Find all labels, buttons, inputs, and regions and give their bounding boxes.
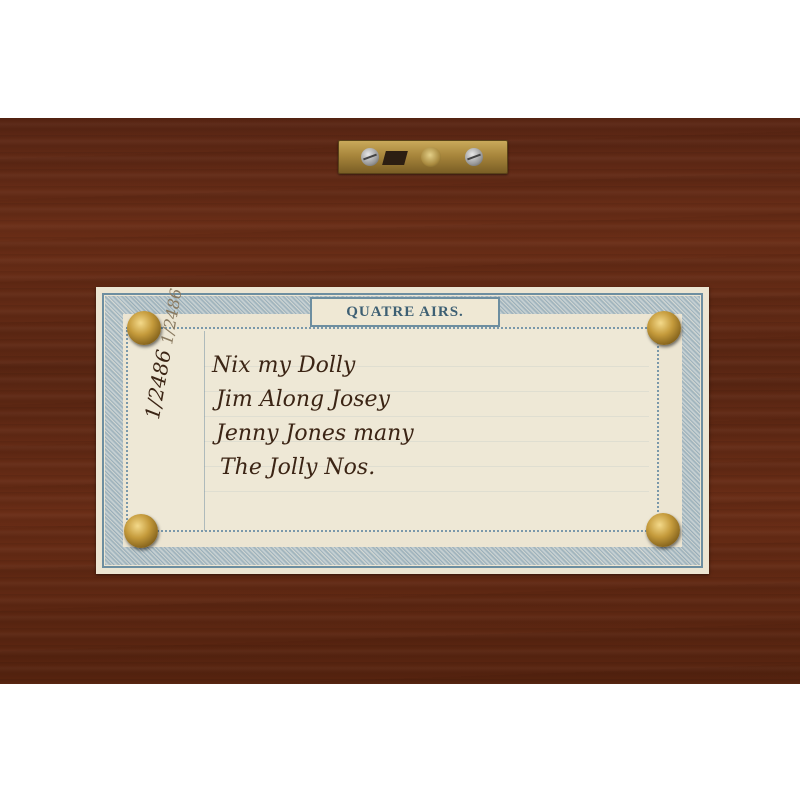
tune-card: QUATRE AIRS. 1/24861/2486 Nix my Dolly J… (96, 287, 709, 574)
screw-icon (465, 148, 483, 166)
tune-item: Jim Along Josey (206, 383, 586, 417)
brass-tack-icon (124, 514, 158, 548)
keyhole (382, 151, 408, 165)
tune-item: Jenny Jones many (206, 417, 586, 451)
screw-icon (361, 148, 379, 166)
tune-item: The Jolly Nos. (206, 451, 586, 485)
brass-tack-icon (646, 513, 680, 547)
latch-post (421, 147, 441, 167)
brass-latch (338, 140, 508, 174)
brass-tack-icon (647, 311, 681, 345)
tune-item: Nix my Dolly (206, 349, 586, 383)
tune-list: Nix my Dolly Jim Along Josey Jenny Jones… (206, 349, 586, 485)
brass-tack-icon (127, 311, 161, 345)
card-title: QUATRE AIRS. (310, 297, 500, 327)
